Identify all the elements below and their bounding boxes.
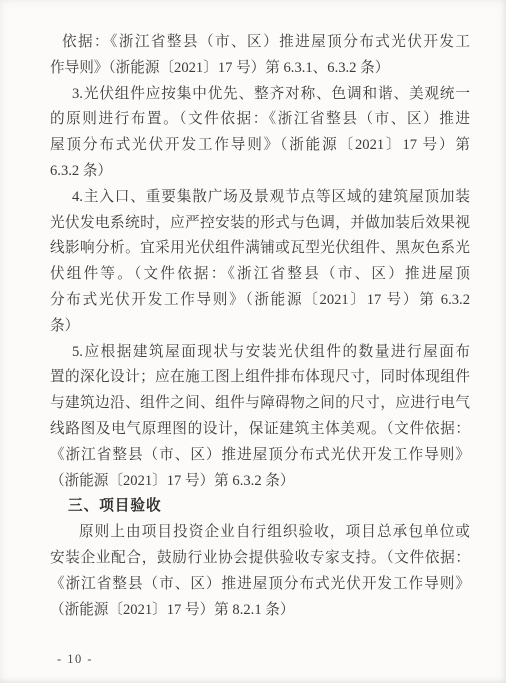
text-line: 5.应根据建筑屋面现状与安装光伏组件的数量进行屋面布 xyxy=(50,340,470,366)
text-line: 条） xyxy=(50,314,470,340)
text-line: 安装企业配合，鼓励行业协会提供验收专家支持。（文件依据： xyxy=(50,546,470,572)
text-line: 屋顶分布式光伏开发工作导则》（浙能源〔2021〕17 号）第 xyxy=(50,133,470,159)
text-line: 的原则进行布置。（文件依据：《浙江省整县（市、区）推进 xyxy=(50,107,470,133)
text-line: （浙能源〔2021〕17 号）第 6.3.2 条） xyxy=(50,469,470,495)
text-line: 依据：《浙江省整县（市、区）推进屋顶分布式光伏开发工 xyxy=(50,30,470,56)
text-line: 置的深化设计；应在施工图上组件排布体现尺寸，同时体现组件 xyxy=(50,365,470,391)
text-line: 原则上由项目投资企业自行组织验收，项目总承包单位或 xyxy=(50,520,470,546)
document-page: 依据：《浙江省整县（市、区）推进屋顶分布式光伏开发工 作导则》（浙能源〔2021… xyxy=(0,0,506,683)
text-line: 4.主入口、重要集散广场及景观节点等区域的建筑屋顶加装 xyxy=(50,185,470,211)
text-line: 分布式光伏开发工作导则》（浙能源〔2021〕17 号）第 6.3.2 xyxy=(50,288,470,314)
text-line: 作导则》（浙能源〔2021〕17 号）第 6.3.1、6.3.2 条） xyxy=(50,56,470,82)
text-line: （浙能源〔2021〕17 号）第 8.2.1 条） xyxy=(50,598,470,624)
text-line: 线影响分析。宜采用光伏组件满铺或瓦型光伏组件、黑灰色系光 xyxy=(50,236,470,262)
text-line: 与建筑边沿、组件之间、组件与障碍物之间的尺寸，应进行电气 xyxy=(50,391,470,417)
text-line: 光伏发电系统时，应严控安装的形式与色调，并做加装后效果视 xyxy=(50,211,470,237)
page-number: - 10 - xyxy=(57,652,93,667)
text-line: 《浙江省整县（市、区）推进屋顶分布式光伏开发工作导则》 xyxy=(50,572,470,598)
text-line: 《浙江省整县（市、区）推进屋顶分布式光伏开发工作导则》 xyxy=(50,443,470,469)
text-line: 线路图及电气原理图的设计，保证建筑主体美观。（文件依据： xyxy=(50,417,470,443)
text-line: 6.3.2 条） xyxy=(50,159,470,185)
document-body: 依据：《浙江省整县（市、区）推进屋顶分布式光伏开发工 作导则》（浙能源〔2021… xyxy=(50,30,470,623)
text-line: 3.光伏组件应按集中优先、整齐对称、色调和谐、美观统一 xyxy=(50,82,470,108)
section-heading: 三、项目验收 xyxy=(50,494,470,520)
text-line: 伏组件等。（文件依据：《浙江省整县（市、区）推进屋顶 xyxy=(50,262,470,288)
